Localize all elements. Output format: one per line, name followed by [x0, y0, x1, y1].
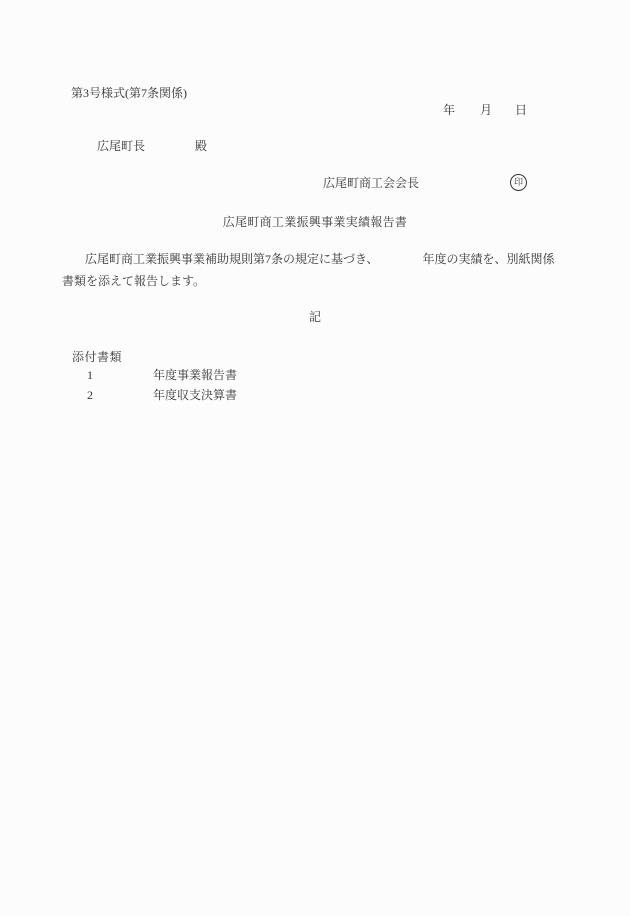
date-day-label: 日	[515, 103, 527, 117]
attachment-item-number: 1	[87, 368, 153, 383]
seal-mark-icon: 印	[510, 174, 527, 191]
body-sentence-start: 広尾町商工業振興事業補助規則第7条の規定に基づき、	[85, 252, 379, 266]
attachment-item-number: 2	[87, 388, 153, 403]
body-paragraph-line1: 広尾町商工業振興事業補助規則第7条の規定に基づき、年度の実績を、別紙関係	[85, 252, 555, 267]
sender-title: 広尾町商工会会長	[323, 176, 419, 191]
date-month-label: 月	[480, 103, 492, 117]
addressee-honorific: 殿	[195, 139, 207, 153]
seal-character: 印	[514, 178, 523, 187]
date-line: 年月日	[443, 103, 527, 118]
attachment-item-label: 年度事業報告書	[153, 368, 237, 382]
body-paragraph-line2: 書類を添えて報告します。	[62, 274, 205, 289]
addressee-name: 広尾町長	[97, 139, 145, 153]
attachment-item-label: 年度収支決算書	[153, 388, 237, 402]
addressee-line: 広尾町長殿	[97, 139, 207, 154]
date-year-label: 年	[443, 103, 455, 117]
body-sentence-after-blank: 年度の実績を、別紙関係	[423, 252, 555, 266]
attachment-item: 1年度事業報告書	[87, 368, 237, 383]
form-number: 第3号様式(第7条関係)	[71, 86, 187, 101]
attachment-item: 2年度収支決算書	[87, 388, 237, 403]
document-title: 広尾町商工業振興事業実績報告書	[0, 215, 630, 230]
attachments-heading: 添付書類	[72, 350, 122, 365]
record-marker: 記	[0, 310, 630, 325]
document-page: 第3号様式(第7条関係) 年月日 広尾町長殿 広尾町商工会会長 印 広尾町商工業…	[0, 0, 630, 916]
